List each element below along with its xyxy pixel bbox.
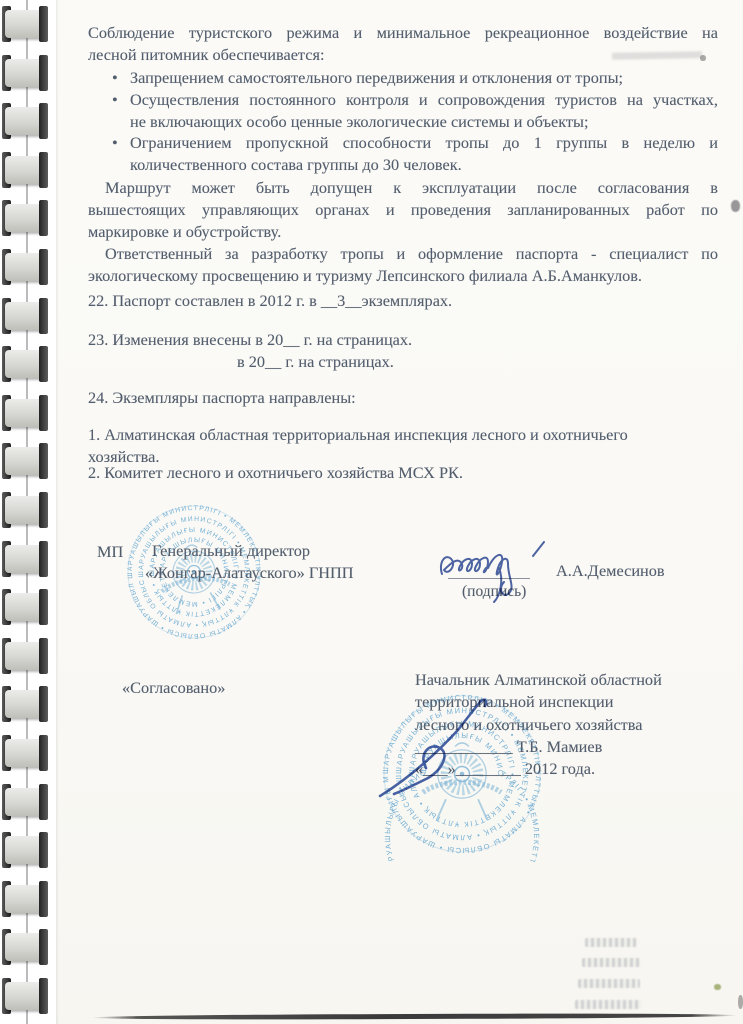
binding-tooth-body [5, 399, 45, 427]
bullet-item: •Ограничением пропускной способности тро… [112, 132, 718, 176]
binding-tooth [2, 395, 48, 431]
binding-tooth-body [5, 496, 45, 524]
text-line: не включающих особо ценные экологические… [130, 111, 718, 133]
binding-tooth-body [5, 545, 45, 573]
binding-tooth [2, 638, 48, 674]
binding-tooth-body [5, 350, 45, 378]
scanned-document-page: Соблюдение туристского режима и минималь… [0, 0, 743, 1024]
director-title-line2: «Жонгар-Алатауского» ГНПП [145, 562, 354, 584]
director-name: А.А.Демесинов [556, 560, 665, 582]
item-22-passport-copies: 22. Паспорт составлен в 2012 г. в __3__э… [88, 290, 452, 312]
text-line: экологическому просвещению и туризму Леп… [88, 265, 718, 287]
binding-tooth [2, 298, 48, 334]
agreed-label: «Согласовано» [122, 677, 225, 699]
bullet-icon: • [112, 132, 130, 176]
bullet-item: •Осуществления постоянного контроля и со… [112, 89, 718, 133]
binding-tooth [2, 346, 48, 382]
text-line: 1. Алматинская областная территориальная… [88, 424, 688, 446]
binding-tooth-body [5, 982, 45, 1010]
binding-tooth-body [5, 788, 45, 816]
bleed-through-artifact [585, 938, 637, 947]
recipient-2: 2. Комитет лесного и охотничьего хозяйст… [88, 462, 463, 484]
text-line: Ответственный за разработку тропы и офор… [88, 243, 718, 265]
bullet-icon: • [112, 67, 130, 89]
item-23-changes-line1: 23. Изменения внесены в 20__ г. на стран… [88, 329, 412, 351]
paper-edge-shadow [56, 0, 59, 1024]
paragraph-responsible-person: Ответственный за разработку тропы и офор… [88, 243, 718, 287]
binding-tooth [2, 492, 48, 528]
text-line: Запрещением самостоятельного передвижени… [130, 67, 718, 89]
paragraph-route-approval: Маршрут может быть допущен к эксплуатаци… [88, 177, 718, 242]
item-24-copies-sent: 24. Экземпляры паспорта направлены: [88, 387, 356, 409]
scan-speck [731, 200, 740, 212]
binding-tooth-body [5, 836, 45, 864]
binding-tooth [2, 55, 48, 91]
text-line: Соблюдение туристского режима и минималь… [88, 22, 718, 44]
binding-tooth [2, 200, 48, 236]
binding-tooth-body [5, 204, 45, 232]
text-line: количественного состава группы до 30 чел… [130, 154, 718, 176]
item-23-changes-line2: в 20__ г. на страницах. [237, 351, 394, 373]
binding-tooth [2, 832, 48, 868]
binding-tooth [2, 103, 48, 139]
bleed-through-artifact [578, 979, 640, 988]
binding-tooth-body [5, 302, 45, 330]
binding-tooth-body [5, 885, 45, 913]
binding-tooth-body [5, 59, 45, 87]
scan-speck [714, 984, 721, 990]
scan-speck [700, 55, 706, 61]
binding-tooth [2, 152, 48, 188]
binding-tooth [2, 881, 48, 917]
scan-speck [738, 995, 743, 1009]
binding-tooth-body [5, 739, 45, 767]
binding-tooth [2, 784, 48, 820]
binding-tooth [2, 735, 48, 771]
text-line: маркировке и обустройству. [88, 221, 718, 243]
approver-title-line1: Начальник Алматинской областной [415, 669, 700, 691]
binding-tooth-body [5, 690, 45, 718]
binding-tooth-body [5, 642, 45, 670]
binding-tooth-body [5, 156, 45, 184]
text-line: Ограничением пропускной способности троп… [130, 132, 718, 154]
text-line: Маршрут может быть допущен к эксплуатаци… [88, 177, 718, 199]
bullet-list: •Запрещением самостоятельного передвижен… [112, 67, 718, 176]
binding-tooth [2, 249, 48, 285]
approver-signature-ink [366, 692, 526, 807]
bullet-icon: • [112, 89, 130, 133]
director-signature-ink [436, 538, 556, 608]
binding-tooth-body [5, 107, 45, 135]
binding-tooth [2, 686, 48, 722]
bleed-through-artifact [575, 1000, 641, 1009]
binding-tooth [2, 929, 48, 965]
binding-tooth-body [5, 447, 45, 475]
binding-tooth [2, 443, 48, 479]
binding-tooth [2, 978, 48, 1014]
binding-tooth [2, 541, 48, 577]
binding-tooth-body [5, 593, 45, 621]
comb-binding [0, 0, 56, 1024]
binding-tooth-body [5, 253, 45, 281]
page-bottom-shadow [92, 1013, 737, 1020]
bullet-item: •Запрещением самостоятельного передвижен… [112, 67, 718, 89]
binding-tooth [2, 589, 48, 625]
text-line: Осуществления постоянного контроля и соп… [130, 89, 718, 111]
binding-tooth-body [5, 933, 45, 961]
binding-tooth-body [5, 10, 45, 38]
director-title-line1: Генеральный директор [152, 540, 310, 562]
bleed-through-artifact [582, 958, 640, 967]
binding-tooth [2, 6, 48, 42]
text-line: вышестоящих управляющих органах и провед… [88, 199, 718, 221]
mp-label: МП [97, 541, 123, 563]
